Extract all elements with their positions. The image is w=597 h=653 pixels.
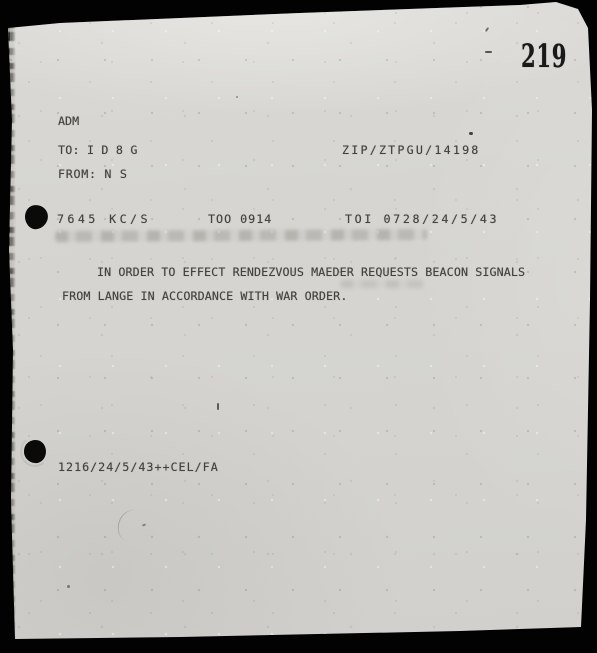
message-line-1: IN ORDER TO EFFECT RENDEZVOUS MAEDER REQ…: [97, 266, 525, 279]
paper-speck: [469, 132, 473, 135]
scanned-telegram-page: 219 ADM TO: I D 8 G ZIP/ZTPGU/14198 FROM…: [0, 0, 597, 653]
paper-speck: [236, 96, 238, 98]
operator-serial-line: 1216/24/5/43++CEL/FA: [58, 461, 219, 474]
torn-left-edge: [6, 22, 16, 645]
from-line: FROM: N S: [58, 168, 128, 181]
punch-hole-bottom: [23, 439, 47, 464]
paper-grain-texture: [0, 0, 597, 653]
paper-speck: [217, 403, 219, 410]
paper-speck: [67, 585, 70, 588]
paper-sheet: 219 ADM TO: I D 8 G ZIP/ZTPGU/14198 FROM…: [0, 0, 597, 653]
time-of-origin: TOO 0914: [208, 213, 272, 226]
paper-speck: [485, 51, 492, 53]
reference-number: ZIP/ZTPGU/14198: [342, 144, 481, 157]
ink-smudge: [340, 280, 425, 288]
frequency-value: 7645 KC/S: [57, 213, 151, 226]
time-of-intercept: TOI 0728/24/5/43: [345, 213, 499, 226]
show-through-smudge: [55, 229, 427, 242]
to-line: TO: I D 8 G: [58, 144, 138, 157]
routing-line-adm: ADM: [58, 115, 79, 128]
message-line-2: FROM LANGE IN ACCORDANCE WITH WAR ORDER.: [62, 290, 347, 303]
page-number-stamp: 219: [521, 39, 567, 73]
